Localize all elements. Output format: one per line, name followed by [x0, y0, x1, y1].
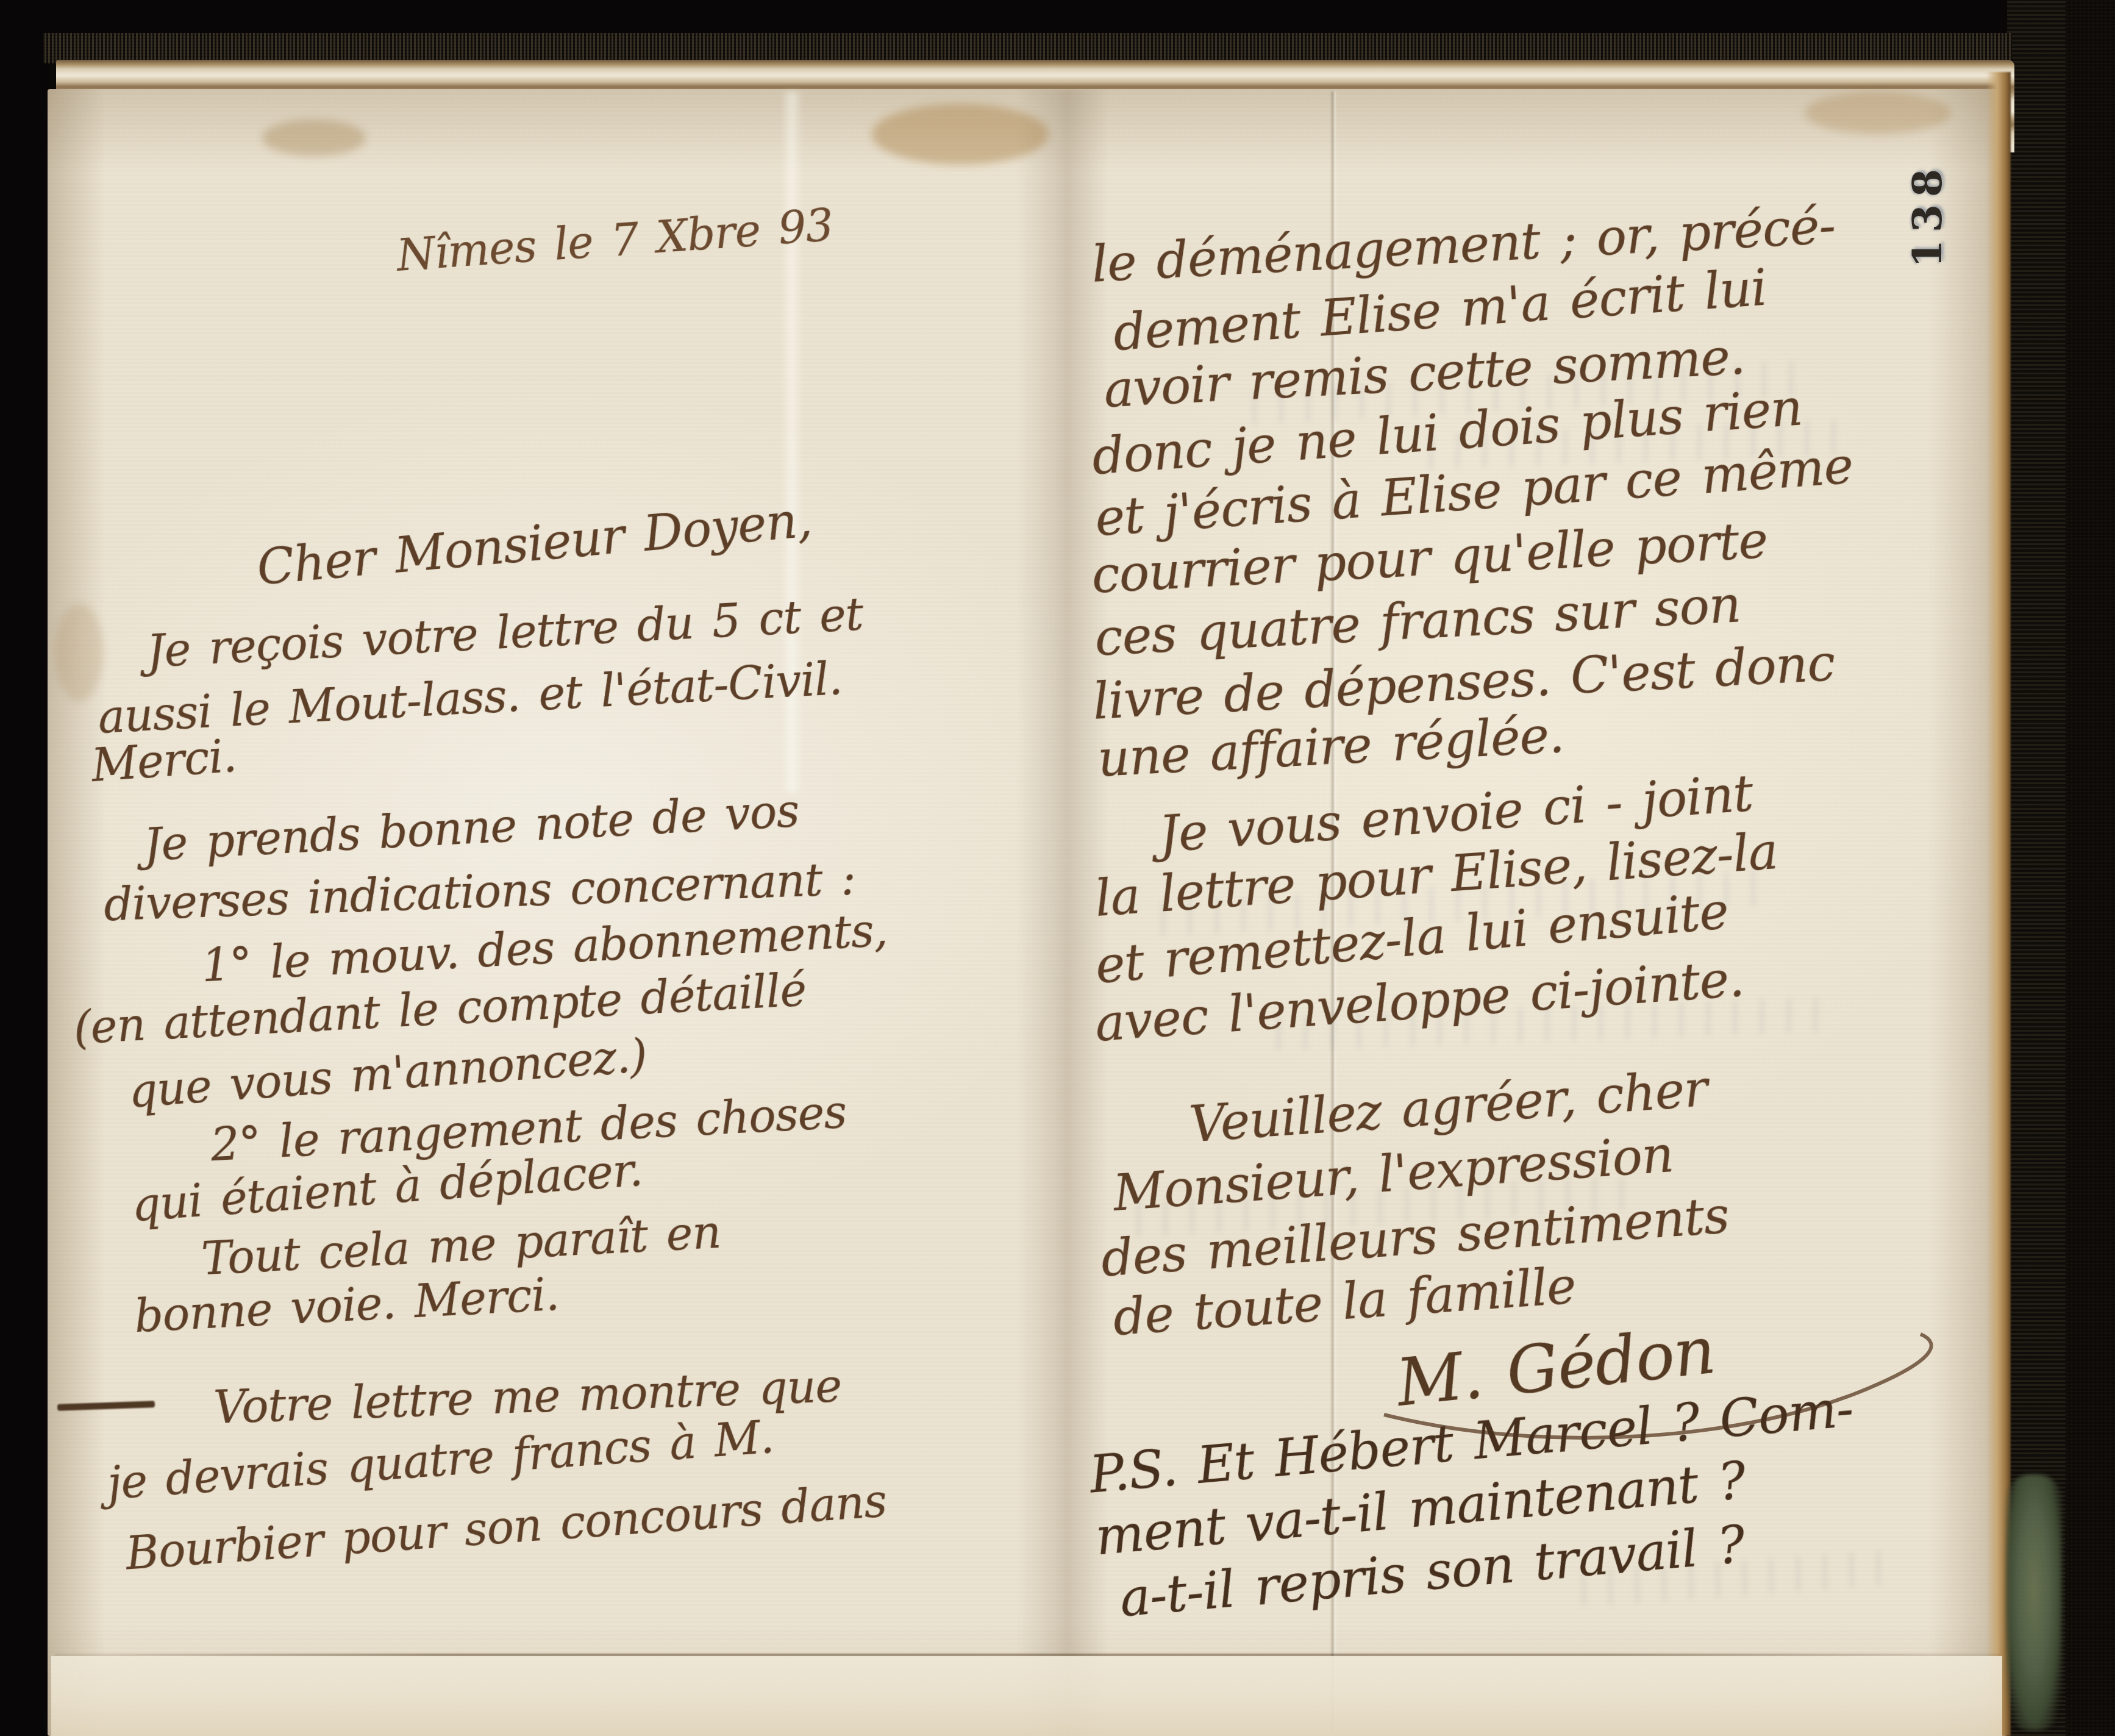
cover-shadow-left — [0, 0, 49, 1736]
scanned-letter-spread: 138 Nîmes le 7 Xbre 93 Cher Monsieur Doy… — [0, 0, 2115, 1736]
scan-vignette — [48, 89, 2007, 1736]
cover-cloth-band — [43, 33, 2012, 63]
cover-shadow-top — [0, 0, 2115, 34]
worn-green-cloth-patch — [2006, 1474, 2062, 1731]
